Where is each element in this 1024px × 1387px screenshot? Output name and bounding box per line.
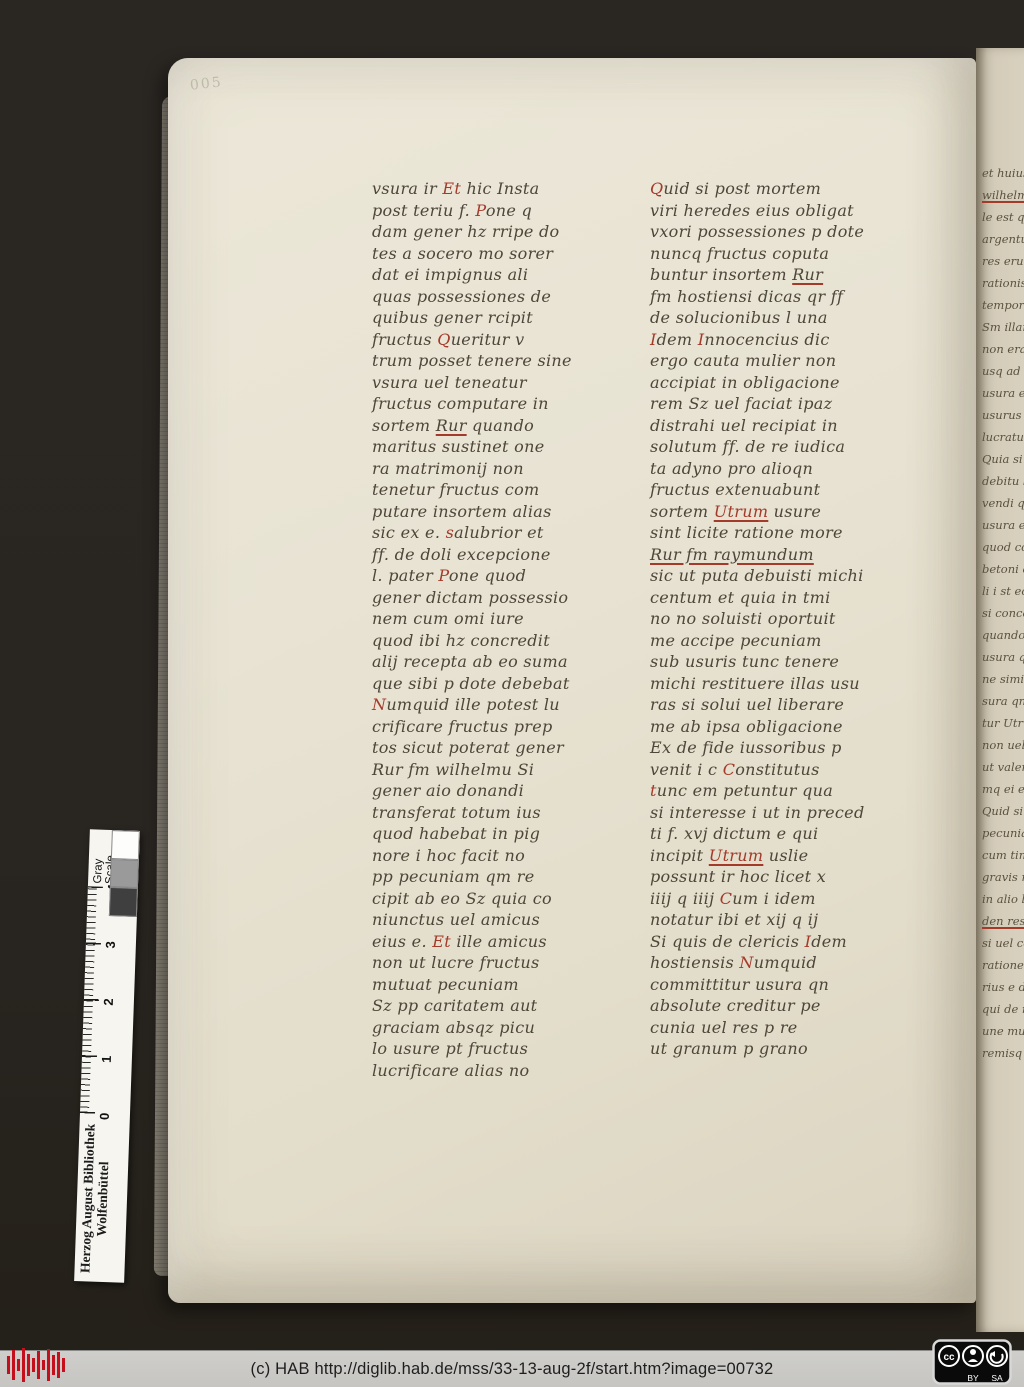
manuscript-line: wilhelmi [982,184,1024,206]
manuscript-line: rius e donec eru [982,976,1024,998]
manuscript-line: lucrificare alias no [372,1060,612,1082]
manuscript-line: betoni onera [982,558,1024,580]
manuscript-line: tempore dato [982,294,1024,316]
manuscript-line: Si quis de clericis Idem [650,931,890,953]
manuscript-line: post teriu f. Pone q [372,200,612,222]
gray-patch-light [111,830,140,860]
manuscript-line: no no soluisti oportuit [650,608,890,630]
manuscript-left-column: vsura ir Et hic Instapost teriu f. Pone … [372,178,612,1081]
manuscript-line: non uel res al [982,734,1024,756]
manuscript-line: lucratur d [982,426,1024,448]
sa-label: SA [991,1373,1003,1383]
manuscript-line: si interesse i ut in preced [650,802,890,824]
manuscript-line: Quia si tradi [982,448,1024,470]
manuscript-line: quod habebat in pig [372,823,612,845]
manuscript-line: usura e si u [982,382,1024,404]
manuscript-line: Rur fm wilhelmu Si [372,759,612,781]
manuscript-line: Quid si quis n [982,800,1024,822]
manuscript-line: graciam absqz picu [372,1017,612,1039]
manuscript-line: dam gener hz rripe do [372,221,612,243]
manuscript-line: den responde [982,910,1024,932]
manuscript-line: res erunt r [982,250,1024,272]
manuscript-line: vsura uel teneatur [372,372,612,394]
manuscript-line: ut granum p grano [650,1038,890,1060]
gray-patch-dark [109,887,138,917]
manuscript-line: sura qn veisu [982,690,1024,712]
manuscript-line: cum timini a [982,844,1024,866]
manuscript-line: rem Sz uel faciat ipaz [650,393,890,415]
manuscript-line: ff. de doli excepcione [372,544,612,566]
manuscript-line: si concedit ut [982,602,1024,624]
manuscript-line: Numquid ille potest lu [372,694,612,716]
manuscript-line: tos sicut poterat gener [372,737,612,759]
manuscript-line: debitu liber [982,470,1024,492]
manuscript-line: ta adyno pro alioqn [650,458,890,480]
manuscript-line: iiij q iiij Cum i idem [650,888,890,910]
ruler-number-1: 1 [99,1055,114,1063]
manuscript-line: ratione lucro [982,954,1024,976]
manuscript-line: cipit ab eo Sz quia co [372,888,612,910]
ruler-number-0: 0 [97,1112,112,1120]
manuscript-line: maritus sustinet one [372,436,612,458]
facing-page-edge: et huiusmowilhelmile est quodargentumres… [976,48,1024,1332]
manuscript-line: incipit Utrum uslie [650,845,890,867]
gray-scale-ruler: Herzog August Bibliothek Wolfenbüttel 0 … [74,829,140,1282]
manuscript-line: lo usure pt fructus [372,1038,612,1060]
manuscript-line: Ex de fide iussoribus p [650,737,890,759]
manuscript-line: hostiensis Numquid [650,952,890,974]
pencil-folio-number: 005 [189,74,223,93]
manuscript-line: vsura ir Et hic Insta [372,178,612,200]
ruler-number-2: 2 [101,998,116,1006]
manuscript-line: ras si solui uel liberare [650,694,890,716]
manuscript-line: usurus ut f [982,404,1024,426]
manuscript-line: venit i c Constitutus [650,759,890,781]
manuscript-line: quibus gener rcipit [372,307,612,329]
manuscript-line: sic ut puta debuisti michi [650,565,890,587]
manuscript-line: ergo cauta mulier non [650,350,890,372]
manuscript-line: remisq sub spe u [982,1042,1024,1064]
manuscript-line: fm hostiensi dicas qr ff [650,286,890,308]
manuscript-line: ti f. xvj dictum e qui [650,823,890,845]
manuscript-line: mutuat pecuniam [372,974,612,996]
manuscript-line: ne similit m [982,668,1024,690]
manuscript-line: non ut lucre fructus [372,952,612,974]
manuscript-line: solutum ff. de re iudica [650,436,890,458]
copyright-text: (c) HAB http://diglib.hab.de/mss/33-13-a… [0,1360,1024,1379]
manuscript-line: ra matrimonij non [372,458,612,480]
manuscript-line: Sz pp caritatem aut [372,995,612,1017]
manuscript-line: vxori possessiones p dote [650,221,890,243]
gray-scale-patches [109,830,138,917]
manuscript-line: buntur insortem Rur [650,264,890,286]
manuscript-line: transferat totum ius [372,802,612,824]
manuscript-line: fructus extenuabunt [650,479,890,501]
gray-patch-mid [110,859,139,889]
manuscript-line: vendi quam [982,492,1024,514]
manuscript-line: quas possessiones de [372,286,612,308]
manuscript-line: in alio loco uel [982,888,1024,910]
manuscript-line: distrahi uel recipiat in [650,415,890,437]
manuscript-line: de solucionibus l una [650,307,890,329]
manuscript-line: usq ad illu [982,360,1024,382]
manuscript-line: li i st econer [982,580,1024,602]
manuscript-line: accipiat in obligacione [650,372,890,394]
manuscript-line: Rur fm raymundum [650,544,890,566]
manuscript-line: usura e o rede [982,514,1024,536]
manuscript-line: qui de nichilomis [982,998,1024,1020]
library-name-label: Herzog August Bibliothek Wolfenbüttel [77,1119,112,1278]
manuscript-line: me accipe pecuniam [650,630,890,652]
manuscript-line: si uel co fiat ut [982,932,1024,954]
manuscript-line: fructus Queritur v [372,329,612,351]
manuscript-line: ut valere pl [982,756,1024,778]
manuscript-line: une mutuaret [982,1020,1024,1042]
manuscript-line: sortem Rur quando [372,415,612,437]
manuscript-line: sortem Utrum usure [650,501,890,523]
manuscript-line: cunia uel res p re [650,1017,890,1039]
manuscript-line: Sm illam [982,316,1024,338]
manuscript-line: me ab ipsa obligacione [650,716,890,738]
book-photograph: 005 vsura ir Et hic Instapost teriu f. P… [0,0,1024,1387]
manuscript-right-column: Quid si post mortemviri heredes eius obl… [650,178,890,1060]
manuscript-line: l. pater Pone quod [372,565,612,587]
ruler-number-3: 3 [103,941,118,949]
manuscript-line: Quid si post mortem [650,178,890,200]
manuscript-line: crificare fructus prep [372,716,612,738]
manuscript-line: eius e. Et ille amicus [372,931,612,953]
manuscript-line: argentum [982,228,1024,250]
manuscript-line: usura quando [982,646,1024,668]
manuscript-line: tes a socero mo sorer [372,243,612,265]
manuscript-line: absolute creditur pe [650,995,890,1017]
manuscript-line: Idem Innocencius dic [650,329,890,351]
manuscript-line: fructus computare in [372,393,612,415]
manuscript-line: que sibi p dote debebat [372,673,612,695]
manuscript-line: le est quod [982,206,1024,228]
manuscript-line: nore i hoc facit no [372,845,612,867]
manuscript-line: viri heredes eius obligat [650,200,890,222]
manuscript-line: gravis moneta [982,866,1024,888]
manuscript-line: dat ei impignus ali [372,264,612,286]
manuscript-line: gener aio donandi [372,780,612,802]
manuscript-line: gener dictam possessio [372,587,612,609]
manuscript-line: sint licite ratione more [650,522,890,544]
ruler-rotated-content: Herzog August Bibliothek Wolfenbüttel 0 … [74,829,140,1282]
manuscript-line: pecunia erepta [982,822,1024,844]
manuscript-line: quod co meda [982,536,1024,558]
svg-text:cc: cc [943,1352,955,1363]
manuscript-line: quod ibi hz concredit [372,630,612,652]
manuscript-line: niunctus uel amicus [372,909,612,931]
manuscript-line: pp pecuniam qm re [372,866,612,888]
manuscript-line: tur Utrum [982,712,1024,734]
by-label: BY [967,1373,979,1383]
manuscript-line: et huiusmo [982,162,1024,184]
manuscript-line: possunt ir hoc licet x [650,866,890,888]
manuscript-line: trum posset tenere sine [372,350,612,372]
manuscript-line: nem cum omi iure [372,608,612,630]
manuscript-line: tunc em petuntur qua [650,780,890,802]
manuscript-line: rationis [982,272,1024,294]
manuscript-line: putare insortem alias [372,501,612,523]
facing-page-text: et huiusmowilhelmile est quodargentumres… [982,162,1024,1064]
hab-logo-icon [4,1344,84,1386]
manuscript-line: nuncq fructus coputa [650,243,890,265]
manuscript-line: quando velit [982,624,1024,646]
manuscript-line: centum et quia in tmi [650,587,890,609]
cc-by-sa-badge: cc BY SA [932,1339,1012,1385]
manuscript-line: committitur usura qn [650,974,890,996]
manuscript-line: mq ei e nam [982,778,1024,800]
manuscript-line: tenetur fructus com [372,479,612,501]
manuscript-line: sub usuris tunc tenere [650,651,890,673]
manuscript-line: notatur ibi et xij q ij [650,909,890,931]
manuscript-line: alij recepta ab eo suma [372,651,612,673]
manuscript-line: michi restituere illas usu [650,673,890,695]
manuscript-line: sic ex e. salubrior et [372,522,612,544]
manuscript-line: non erat fr [982,338,1024,360]
